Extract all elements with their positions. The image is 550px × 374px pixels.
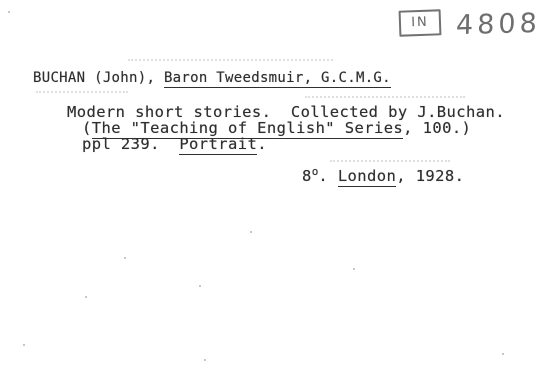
heading-line: BUCHAN (John), Baron Tweedsmuir, G.C.M.G… [33, 70, 391, 87]
scan-artifact [124, 257, 126, 259]
shelfmark: IN 4808 [399, 10, 541, 40]
pagination: ppl 239. [82, 135, 179, 153]
scan-artifact [85, 296, 87, 298]
collation-line: ppl 239. Portrait. [82, 135, 267, 153]
series-number: , 100.) [403, 119, 471, 137]
scan-artifact [250, 231, 252, 233]
scan-artifact [305, 96, 465, 98]
imprint-line: 8o. London, 1928. [302, 167, 464, 187]
shelfmark-stamp-box: IN [399, 9, 442, 36]
imprint-date: , 1928. [396, 167, 464, 185]
format-superscript: o [312, 163, 319, 181]
author-name: BUCHAN (John), [33, 70, 164, 86]
portrait-period: . [257, 135, 267, 153]
portrait-note-underlined: Portrait [179, 135, 257, 155]
scan-artifact [36, 91, 128, 93]
scan-artifact [8, 11, 10, 13]
shelfmark-number: 4808 [456, 9, 541, 41]
imprint-place-underlined: London [338, 167, 396, 187]
scan-artifact [204, 359, 206, 361]
scan-artifact [502, 353, 504, 355]
scan-artifact [353, 268, 355, 270]
scan-artifact [199, 285, 201, 287]
format-period: . [318, 167, 337, 185]
scan-artifact [128, 59, 333, 61]
author-title-underlined: Baron Tweedsmuir, G.C.M.G. [164, 70, 391, 88]
scan-artifact [330, 160, 450, 162]
scan-artifact [23, 344, 25, 346]
catalog-card: IN 4808 BUCHAN (John), Baron Tweedsmuir,… [0, 0, 550, 374]
format-size: 8 [302, 167, 312, 185]
